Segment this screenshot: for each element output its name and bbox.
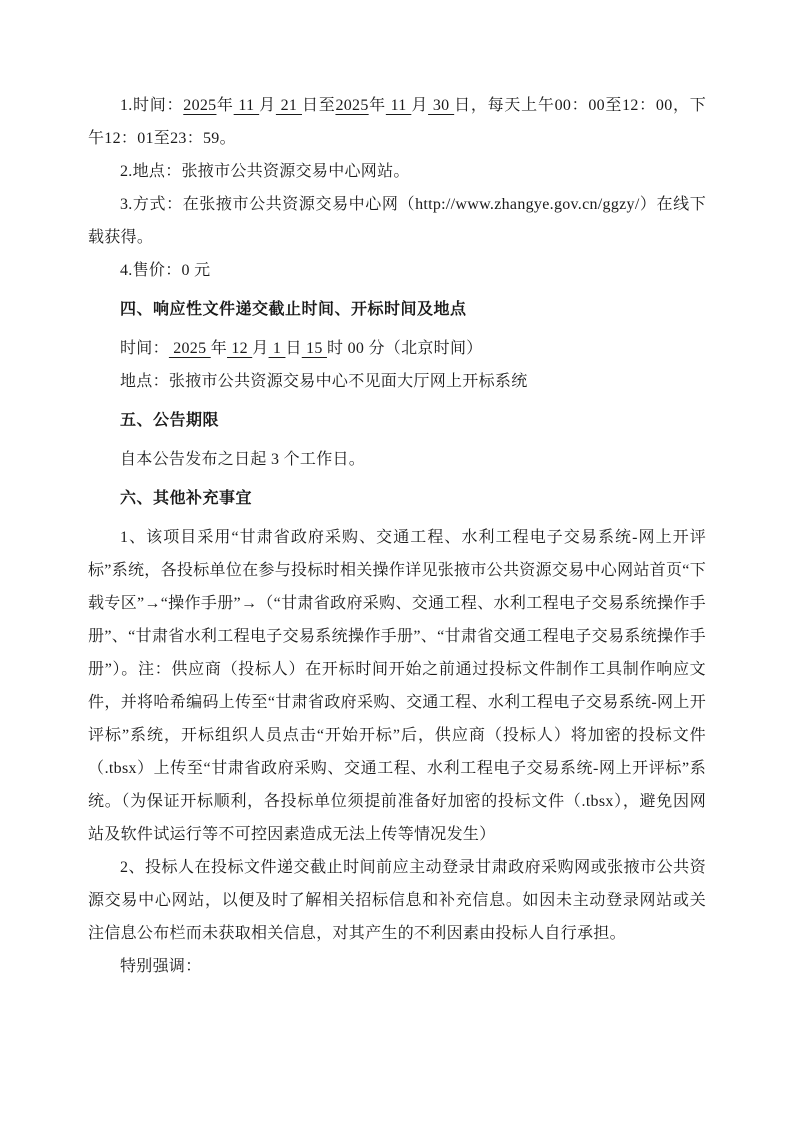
underlined-deadline-day: 1: [269, 340, 286, 357]
underlined-month-start: 11: [234, 97, 259, 114]
para-notice-period: 自本公告发布之日起 3 个工作日。: [88, 443, 706, 476]
para-download-location: 2.地点：张掖市公共资源交易中心网站。: [88, 155, 706, 188]
para-deadline-time: 时间： 2025 年 12 月 1 日 15 时 00 分（北京时间）: [88, 332, 706, 365]
underlined-year-end: 2025: [335, 97, 368, 114]
underlined-deadline-month: 12: [227, 340, 252, 357]
para-price: 4.售价：0 元: [88, 254, 706, 287]
para-special-emphasis: 特别强调：: [88, 950, 706, 983]
document-page: 1.时间：2025年 11 月 21 日至2025年 11 月 30 日，每天上…: [0, 0, 793, 1122]
para-supplement-2-bidder-responsibility: 2、投标人在投标文件递交截止时间前应主动登录甘肃政府采购网或张掖市公共资源交易中…: [88, 851, 706, 950]
text-run: 年: [211, 340, 227, 357]
text-run: 时间：: [120, 340, 169, 357]
underlined-deadline-year: 2025: [169, 340, 211, 357]
text-run: 日: [285, 340, 301, 357]
para-download-time: 1.时间：2025年 11 月 21 日至2025年 11 月 30 日，每天上…: [88, 89, 706, 155]
underlined-day-end: 30: [428, 97, 454, 114]
heading-section-4-deadline: 四、响应性文件递交截止时间、开标时间及地点: [88, 293, 706, 326]
text-run: 月: [252, 340, 268, 357]
para-opening-location: 地点：张掖市公共资源交易中心不见面大厅网上开标系统: [88, 365, 706, 398]
underlined-month-end: 11: [386, 97, 411, 114]
para-supplement-1-system-instructions: 1、该项目采用“甘肃省政府采购、交通工程、水利工程电子交易系统-网上开评标”系统…: [88, 521, 706, 851]
heading-section-6-other-matters: 六、其他补充事宜: [88, 482, 706, 515]
text-run: 年: [216, 97, 233, 114]
text-run: 月: [259, 97, 276, 114]
text-run: 时 00 分（北京时间）: [327, 340, 483, 357]
text-run: 月: [411, 97, 428, 114]
underlined-day-start: 21: [276, 97, 302, 114]
text-run: 年: [369, 97, 386, 114]
underlined-deadline-hour: 15: [302, 340, 327, 357]
heading-section-5-notice-period: 五、公告期限: [88, 404, 706, 437]
underlined-year-start: 2025: [183, 97, 216, 114]
text-run: 日至: [302, 97, 335, 114]
para-download-method: 3.方式：在张掖市公共资源交易中心网（http://www.zhangye.go…: [88, 188, 706, 254]
text-run: 1.时间：: [120, 97, 183, 114]
